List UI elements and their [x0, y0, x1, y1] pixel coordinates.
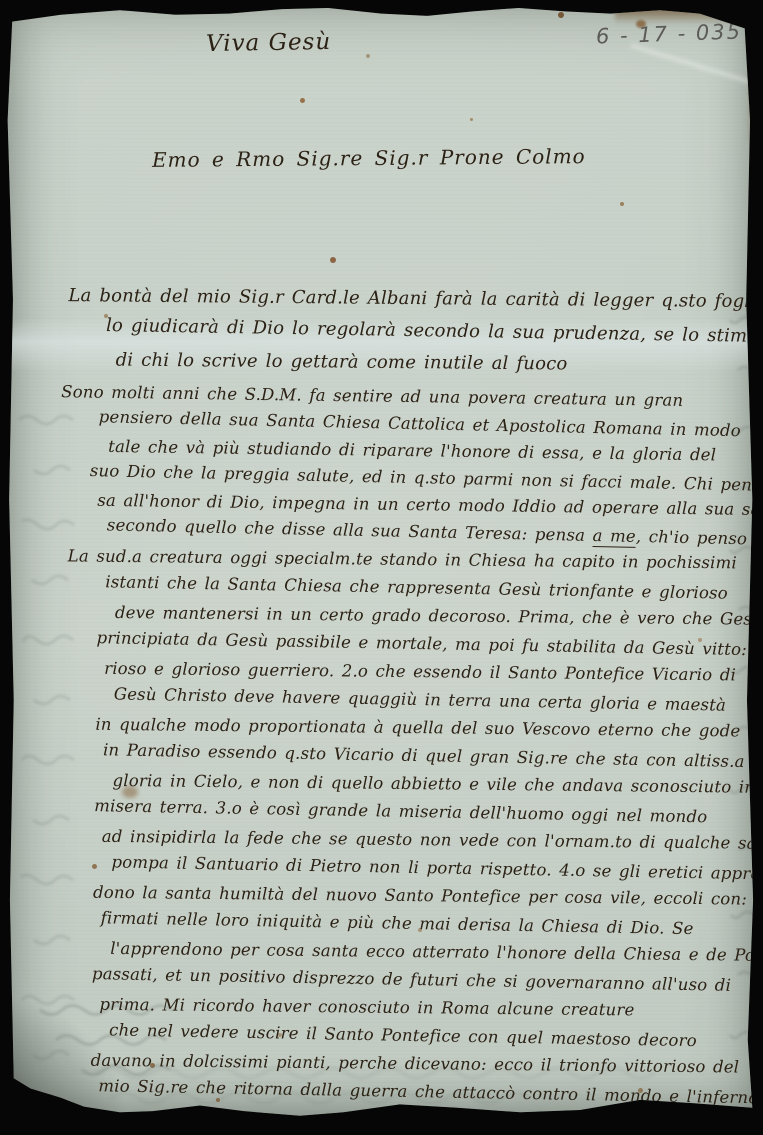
stain — [300, 98, 305, 103]
header-invocation: Viva Gesù — [206, 29, 332, 57]
manuscript-paper-sheet: Viva Gesù 6 - 17 - 035 Emo e Rmo Sig.re … — [0, 0, 763, 1135]
text-segment: davano in dolcissimi pianti, perche dice… — [91, 1051, 740, 1077]
text-segment: deve mantenersi in un certo grado decoro… — [115, 603, 763, 629]
text-segment: misera terra. 3.o è così grande la miser… — [94, 796, 707, 826]
paragraph-3: La sud.a creatura oggi specialm.te stand… — [60, 541, 763, 1111]
text-segment: firmati nelle loro iniquità e più che ma… — [101, 908, 694, 938]
stain — [470, 118, 473, 121]
paragraph-1: La bontà del mio Sig.r Card.le Albani fa… — [67, 279, 740, 383]
stain — [558, 12, 564, 18]
salutation-line: Emo e Rmo Sig.re Sig.r Prone Colmo — [152, 144, 586, 172]
text-segment: mio Sig.re che ritorna dalla guerra che … — [98, 1076, 758, 1107]
text-segment: istanti che la Santa Chiesa che rapprese… — [105, 572, 728, 602]
manuscript-line: di chi lo scrive lo gettarà come inutile… — [115, 345, 739, 382]
stain — [620, 202, 624, 206]
underlined-phrase: a me — [592, 526, 636, 548]
text-segment: dono la santa humiltà del nuovo Santo Po… — [93, 883, 747, 909]
text-segment: prima. Mi ricordo haver conosciuto in Ro… — [99, 995, 634, 1020]
text-segment: Gesù Christo deve havere quaggiù in terr… — [114, 684, 727, 714]
text-segment: passati, et un positivo disprezzo de fut… — [92, 964, 731, 995]
text-segment: che nel vedere uscire il Santo Pontefice… — [109, 1020, 697, 1050]
archival-number-pencil: 6 - 17 - 035 — [596, 19, 743, 48]
text-segment: in qualche modo proportionata à quella d… — [95, 715, 740, 741]
text-segment: principiata da Gesù passibile e mortale,… — [96, 628, 747, 659]
scanned-manuscript-page: { "document": { "archival_number": "6 - … — [0, 0, 763, 1135]
text-segment: rioso e glorioso guerriero. 2.o che esse… — [104, 659, 736, 685]
underlined-phrase: a te — [754, 529, 763, 551]
text-segment: pompa il Santuario di Pietro non li port… — [111, 852, 763, 883]
text-segment: secondo quello che disse alla sua Santa … — [107, 515, 593, 545]
stain — [366, 54, 370, 58]
text-segment: , ch'io penso — [636, 527, 755, 549]
text-segment: in Paradiso essendo q.sto Vicario di que… — [103, 740, 745, 771]
right-edge-stain — [747, 10, 759, 140]
top-right-crease — [631, 44, 763, 91]
text-segment: di chi lo scrive lo gettarà come inutile… — [116, 350, 568, 375]
text-segment: La bontà del mio Sig.r Card.le Albani fa… — [68, 285, 763, 313]
text-segment: lo giudicarà di Dio lo regolarà secondo … — [106, 315, 763, 347]
paragraph-2: Sono molti anni che S.D.M. fa sentire ad… — [59, 377, 757, 551]
stain — [330, 257, 336, 263]
